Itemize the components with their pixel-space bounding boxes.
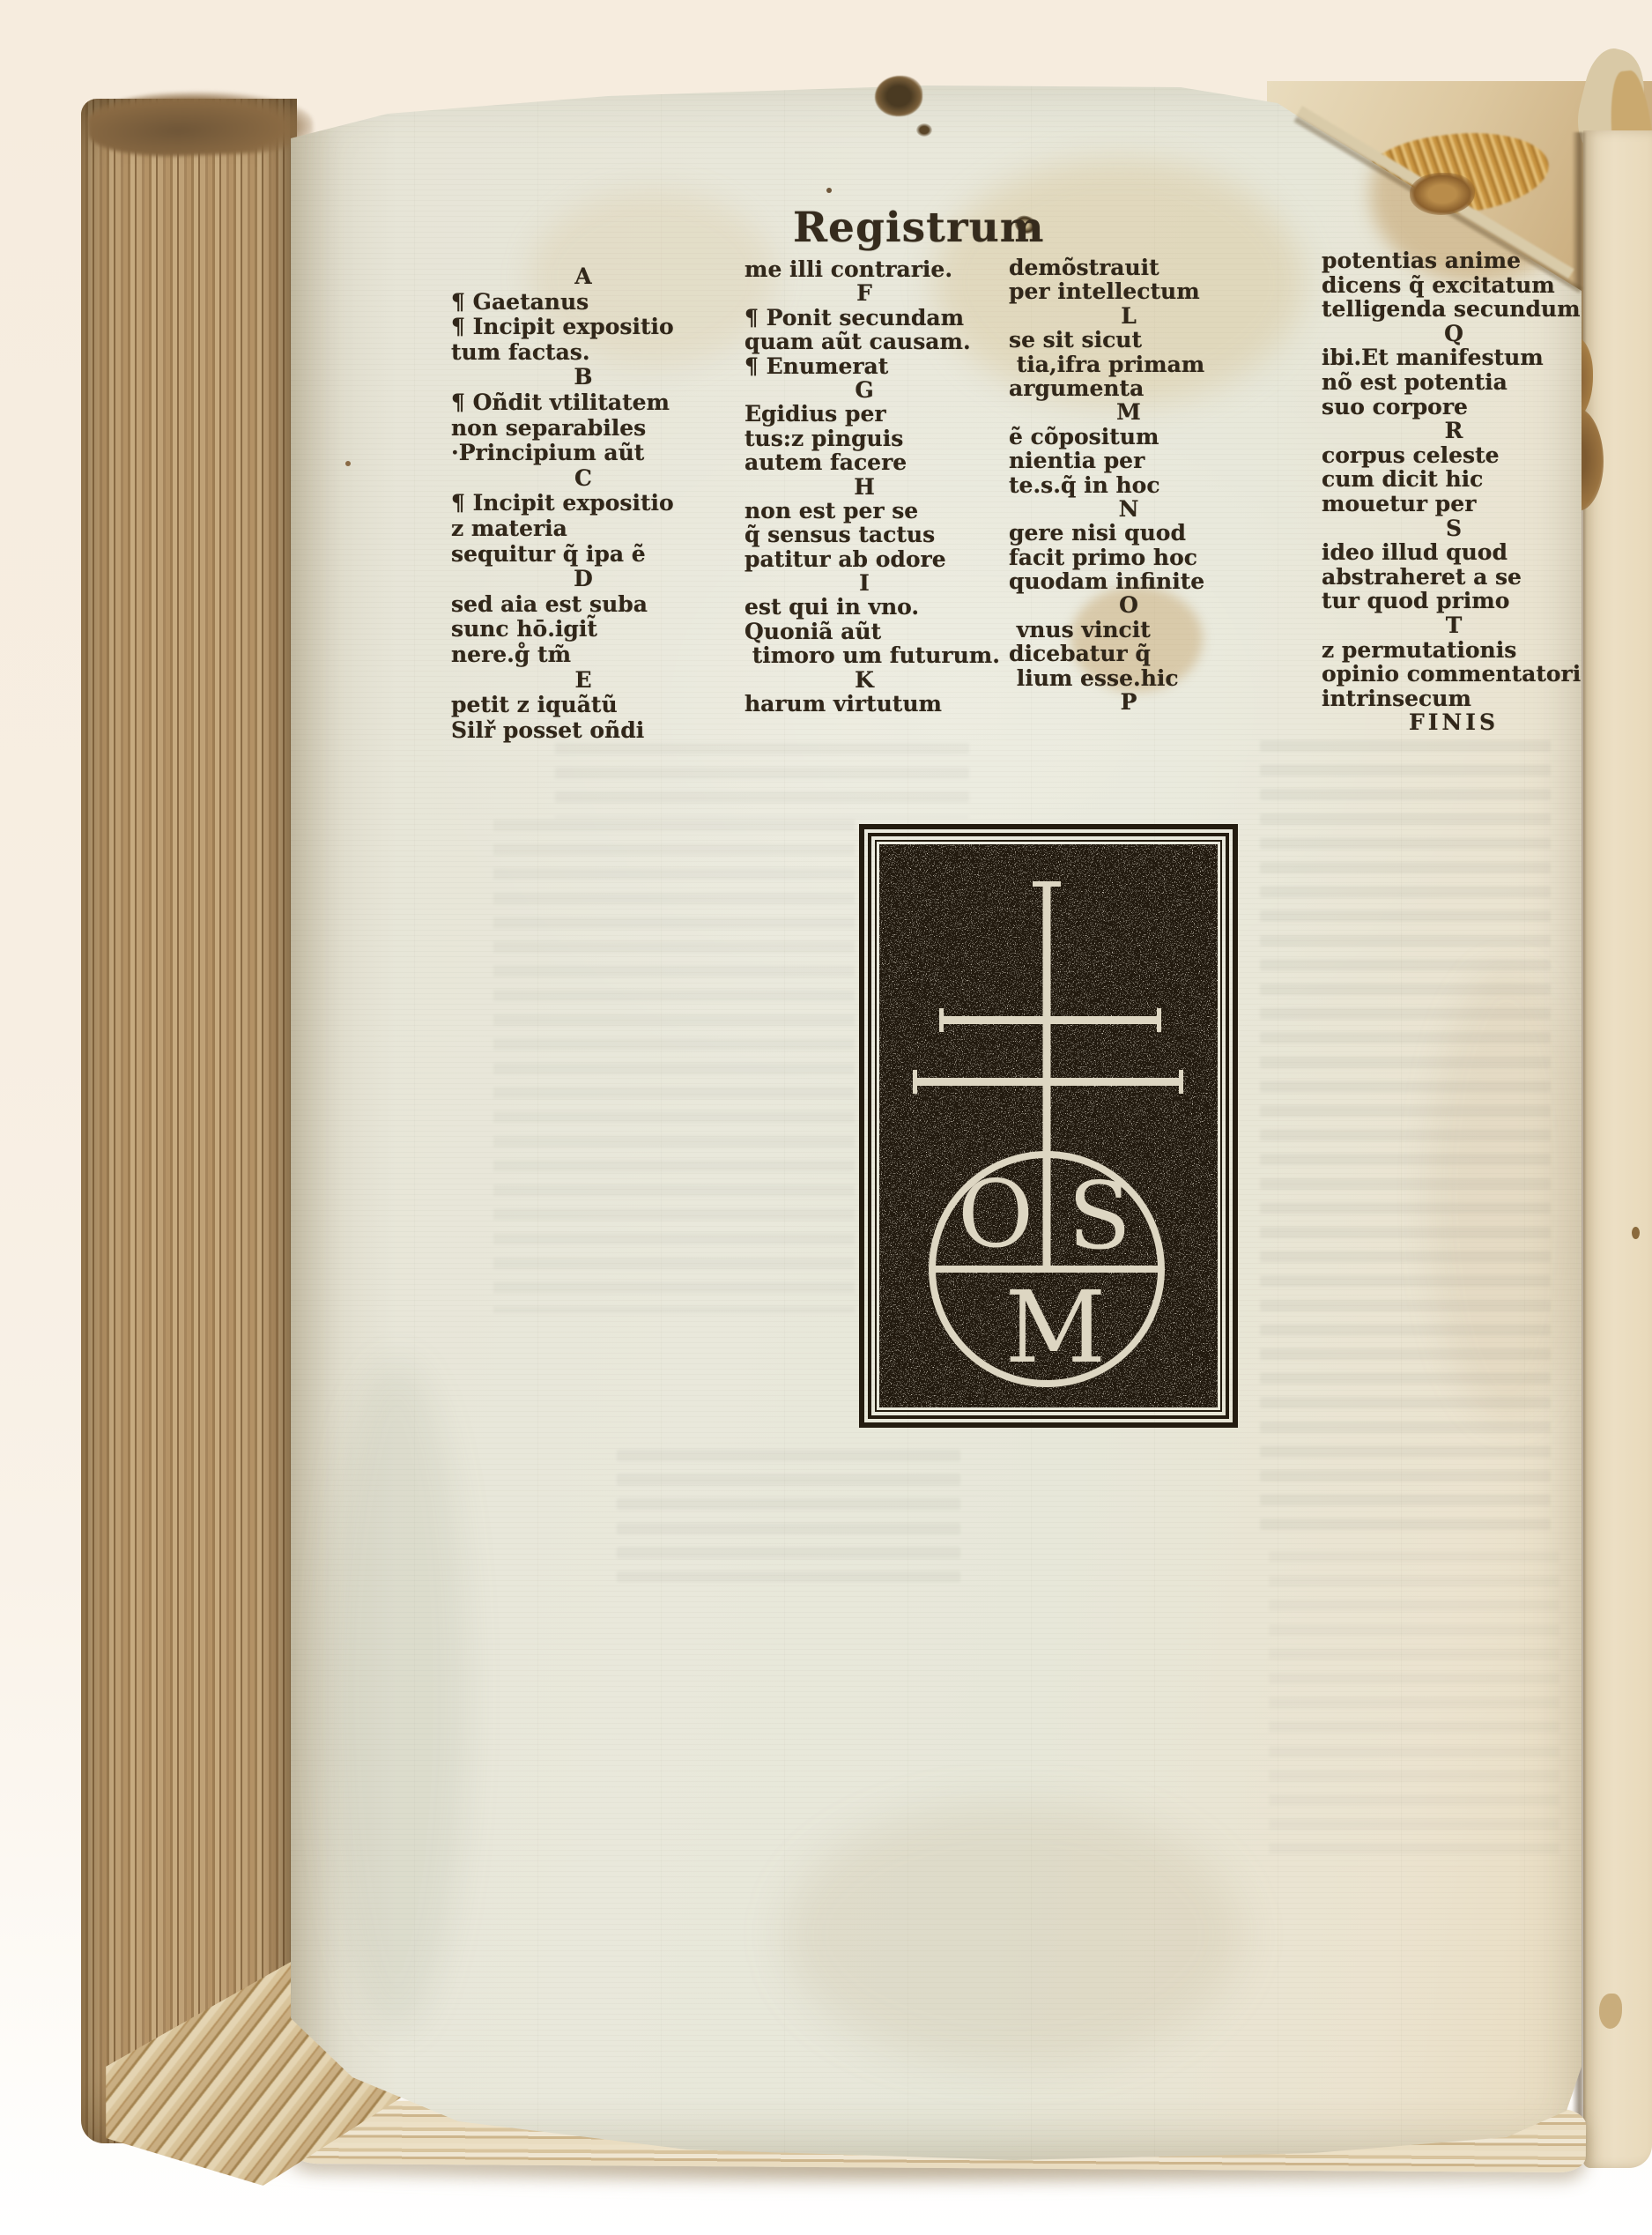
section-letter: K <box>745 668 984 692</box>
index-line: non est per se <box>745 499 984 523</box>
device-field: O S M <box>879 844 1218 1407</box>
index-line: z permutationis <box>1322 638 1586 663</box>
index-line: Silř posset oñdi <box>451 718 715 744</box>
section-letter: G <box>745 378 984 402</box>
index-line: abstraheret a se <box>1322 565 1586 590</box>
index-line: sunc hō.igit̃ <box>451 617 715 642</box>
index-line: me illi contrarie. <box>745 257 984 281</box>
section-letter: O <box>1009 593 1248 617</box>
show-through-text <box>1269 1551 1559 1868</box>
index-line: tum factas. <box>451 340 715 366</box>
wormhole-damage <box>875 76 922 116</box>
index-line: nere.g̊ tm̃ <box>451 642 715 668</box>
index-line: z materia <box>451 516 715 542</box>
index-line: quodam infinite <box>1009 569 1248 593</box>
section-letter: F <box>745 281 984 305</box>
ink-speck <box>345 461 351 466</box>
index-line: Quoniã aũt <box>745 620 984 643</box>
section-letter: I <box>745 571 984 595</box>
index-line: ¶ Incipit expositio <box>451 315 715 340</box>
index-line: ideo illud quod <box>1322 540 1586 565</box>
ink-speck <box>826 188 832 193</box>
index-column-4: potentias animedicens q̃ excitatumtellig… <box>1322 249 1586 735</box>
section-letter: E <box>451 668 715 694</box>
index-line: vnus vincit <box>1009 618 1248 642</box>
device-letter-o: O <box>958 1161 1033 1268</box>
section-letter: B <box>451 365 715 390</box>
index-line: facit primo hoc <box>1009 546 1248 569</box>
printers-device: O S M <box>859 824 1238 1428</box>
index-line: nõ est potentia <box>1322 370 1586 395</box>
index-line: intrinsecum <box>1322 687 1586 711</box>
index-line: petit z iquãtũ <box>451 693 715 718</box>
index-line: ¶ Incipit expositio <box>451 491 715 516</box>
index-line: ibi.Et manifestum <box>1322 345 1586 370</box>
page-title: Registrum <box>793 204 1045 252</box>
section-letter: P <box>1009 690 1248 714</box>
index-line: tia,ifra primam <box>1009 353 1248 376</box>
section-letter: R <box>1322 419 1586 443</box>
index-line: se sit sicut <box>1009 328 1248 352</box>
foxing-spot <box>1632 1227 1640 1239</box>
index-column-2: me illi contrarie.F¶ Ponit secundamquam … <box>745 257 984 716</box>
index-line: corpus celeste <box>1322 443 1586 468</box>
index-line: opinio commentatoris <box>1322 662 1586 687</box>
section-letter: C <box>451 466 715 492</box>
finis-label: FINIS <box>1322 710 1586 735</box>
show-through-text <box>493 820 855 1313</box>
index-line: telligenda secundum se <box>1322 297 1586 322</box>
index-line: harum virtutum <box>745 692 984 716</box>
index-line: sequitur q̃ ipa ẽ <box>451 542 715 568</box>
index-line: ¶ Ponit secundam <box>745 306 984 330</box>
index-line: Egidius per <box>745 402 984 426</box>
index-line: q̃ sensus tactus <box>745 523 984 546</box>
show-through-text <box>617 1450 960 1582</box>
device-letter-s: S <box>1068 1162 1131 1270</box>
device-letter-m: M <box>1005 1271 1107 1385</box>
stain <box>1427 965 1586 1423</box>
section-letter: T <box>1322 613 1586 638</box>
index-line: sed aia est suba <box>451 592 715 618</box>
stain <box>784 1802 1242 2067</box>
section-letter: L <box>1009 304 1248 328</box>
index-line: gere nisi quod <box>1009 521 1248 545</box>
wormhole-damage <box>916 123 932 137</box>
index-line: demõstrauit <box>1009 256 1248 279</box>
stain <box>326 1362 467 2031</box>
section-letter: H <box>745 475 984 499</box>
index-line: autem facere <box>745 450 984 474</box>
index-line: te.s.q̃ in hoc <box>1009 473 1248 497</box>
index-line: ¶ Enumerat <box>745 354 984 378</box>
index-line: est qui in vno. <box>745 595 984 619</box>
section-letter: A <box>451 264 715 290</box>
index-line: cum dicit hic <box>1322 467 1586 492</box>
index-line: quam aũt causam. <box>745 330 984 353</box>
index-line: tur quod primo <box>1322 589 1586 613</box>
index-line: per intellectum <box>1009 279 1248 303</box>
index-line: dicens q̃ excitatum <box>1322 273 1586 298</box>
index-column-1: A¶ Gaetanus¶ Incipit expositiotum factas… <box>451 264 715 743</box>
show-through-text <box>1260 740 1551 1533</box>
section-letter: D <box>451 567 715 592</box>
device-woodcut: O S M <box>879 844 1218 1407</box>
section-letter: M <box>1009 400 1248 424</box>
index-line: ẽ cõpositum <box>1009 425 1248 449</box>
photo-of-incunable-book: { "page_title": "Registrum", "register":… <box>0 0 1652 2235</box>
index-column-3: demõstrauitper intellectumLse sit sicut … <box>1009 256 1248 714</box>
section-letter: N <box>1009 497 1248 521</box>
index-line: suo corpore <box>1322 395 1586 420</box>
index-line: non separabiles <box>451 416 715 442</box>
index-line: mouetur per <box>1322 492 1586 516</box>
index-line: nientia per <box>1009 449 1248 472</box>
index-line: argumenta <box>1009 376 1248 400</box>
section-letter: Q <box>1322 322 1586 346</box>
index-line: ·Principium aũt <box>451 441 715 466</box>
index-line: patitur ab odore <box>745 547 984 571</box>
index-line: ¶ Gaetanus <box>451 290 715 316</box>
show-through-text <box>555 743 969 818</box>
book-page: Registrum A¶ Gaetanus¶ Incipit expositio… <box>291 84 1582 2164</box>
book-fore-edge <box>81 99 297 2143</box>
index-line: tus:z pinguis <box>745 427 984 450</box>
index-line: dicebatur q̃ <box>1009 642 1248 665</box>
index-line: lium esse.hic <box>1009 666 1248 690</box>
section-letter: S <box>1322 516 1586 541</box>
index-line: ¶ Oñdit vtilitatem <box>451 390 715 416</box>
index-line: timoro um futurum. <box>745 643 984 667</box>
